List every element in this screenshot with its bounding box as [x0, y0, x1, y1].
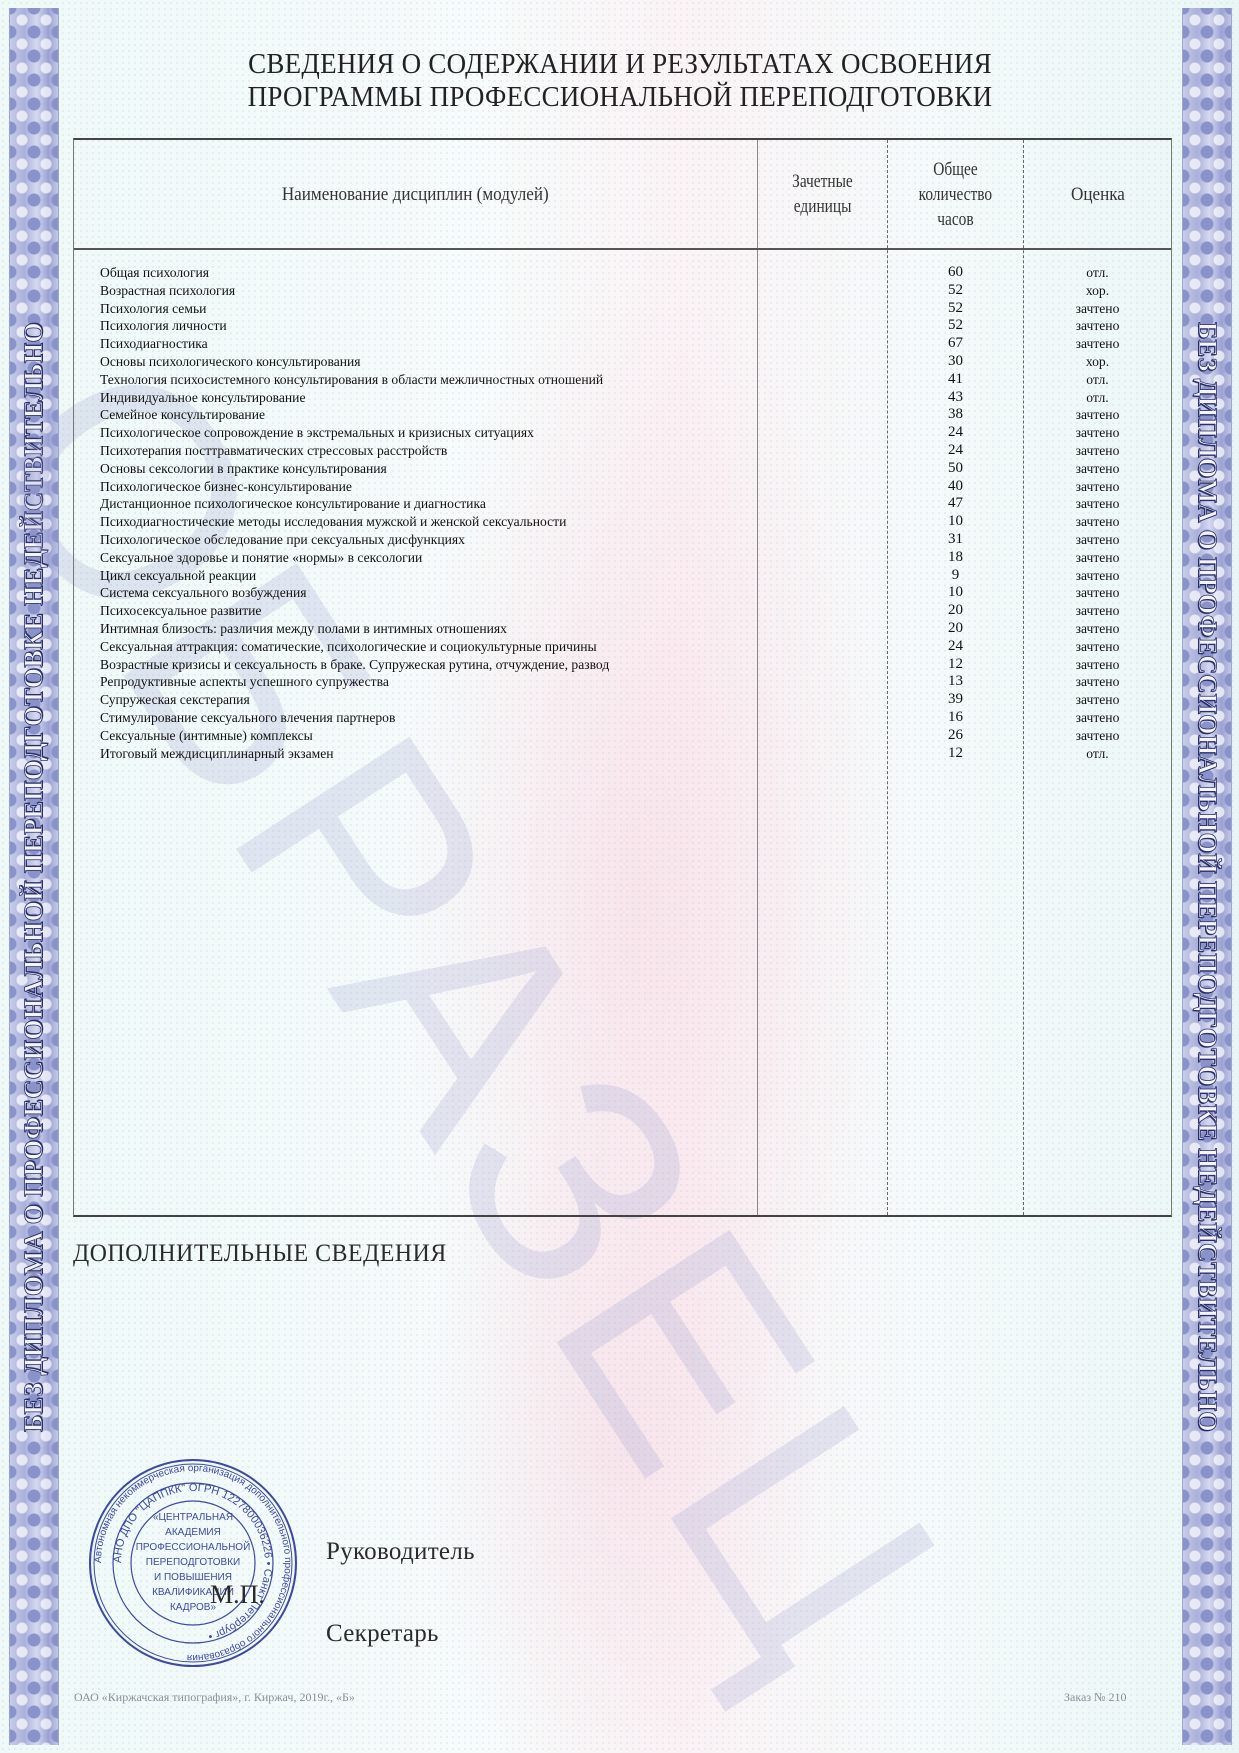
grade-cell: зачтено — [1024, 460, 1171, 478]
grade-cell: зачтено — [1024, 406, 1171, 424]
hours-cell: 60 — [888, 264, 1023, 282]
discipline-name: Возрастная психология — [100, 282, 235, 300]
discipline-name: Психотерапия посттравматических стрессов… — [100, 442, 447, 460]
table-row: Психотерапия посттравматических стрессов… — [74, 442, 1171, 460]
table-row: Основы психологического консультирования… — [74, 353, 1171, 371]
additional-info-heading: ДОПОЛНИТЕЛЬНЫЕ СВЕДЕНИЯ — [73, 1240, 466, 1268]
hours-cell: 24 — [888, 638, 1023, 656]
grade-cell: зачтено — [1024, 478, 1171, 496]
grade-cell: зачтено — [1024, 531, 1171, 549]
table-row: Психологическое бизнес-консультирование4… — [74, 478, 1171, 496]
svg-text:«ЦЕНТРАЛЬНАЯ: «ЦЕНТРАЛЬНАЯ — [153, 1512, 233, 1523]
table-row: Дистанционное психологическое консультир… — [74, 495, 1171, 513]
table-row: Психосексуальное развитие20зачтено — [74, 602, 1171, 620]
table-row: Семейное консультирование38зачтено — [74, 406, 1171, 424]
table-row: Психодиагностика67зачтено — [74, 335, 1171, 353]
table-row: Технология психосистемного консультирова… — [74, 371, 1171, 389]
hours-cell: 24 — [888, 442, 1023, 460]
secretary-signature-label: Секретарь — [326, 1620, 439, 1648]
grade-cell: зачтено — [1024, 656, 1171, 674]
right-border-text: БЕЗ ДИПЛОМА О ПРОФЕССИОНАЛЬНОЙ ПЕРЕПОДГО… — [1192, 321, 1222, 1431]
grade-cell: зачтено — [1024, 317, 1171, 335]
hours-cell: 18 — [888, 549, 1023, 567]
grade-cell: зачтено — [1024, 602, 1171, 620]
header-grade: Оценка — [1024, 140, 1171, 248]
discipline-name: Цикл сексуальной реакции — [100, 567, 256, 585]
seal-place-label: М.П. — [210, 1580, 265, 1610]
grade-cell: зачтено — [1024, 691, 1171, 709]
table-row: Возрастные кризисы и сексуальность в бра… — [74, 656, 1171, 674]
hours-cell: 41 — [888, 371, 1023, 389]
discipline-name: Психология семьи — [100, 300, 206, 318]
hours-cell: 10 — [888, 584, 1023, 602]
official-stamp: Автономная некоммерческая организация до… — [88, 1458, 298, 1668]
grade-cell: хор. — [1024, 353, 1171, 371]
discipline-name: Возрастные кризисы и сексуальность в бра… — [100, 656, 609, 674]
grade-cell: отл. — [1024, 371, 1171, 389]
discipline-name: Сексуальное здоровье и понятие «нормы» в… — [100, 549, 422, 567]
grade-cell: зачтено — [1024, 424, 1171, 442]
header-total-hours: Общееколичествочасов — [888, 140, 1023, 248]
table-row: Возрастная психология52хор. — [74, 282, 1171, 300]
grade-cell: зачтено — [1024, 513, 1171, 531]
discipline-name: Сексуальные (интимные) комплексы — [100, 727, 313, 745]
table-row: Общая психология60отл. — [74, 264, 1171, 282]
order-number: Заказ № 210 — [1064, 1690, 1127, 1705]
discipline-name: Психологическое сопровождение в экстрема… — [100, 424, 534, 442]
table-row: Репродуктивные аспекты успешного супруже… — [74, 673, 1171, 691]
table-row: Психологическое обследование при сексуал… — [74, 531, 1171, 549]
discipline-name: Интимная близость: различия между полами… — [100, 620, 507, 638]
hours-cell: 13 — [888, 673, 1023, 691]
discipline-name: Репродуктивные аспекты успешного супруже… — [100, 673, 389, 691]
hours-cell: 10 — [888, 513, 1023, 531]
table-row: Интимная близость: различия между полами… — [74, 620, 1171, 638]
hours-cell: 24 — [888, 424, 1023, 442]
discipline-name: Психосексуальное развитие — [100, 602, 261, 620]
grade-cell: хор. — [1024, 282, 1171, 300]
hours-cell: 16 — [888, 709, 1023, 727]
discipline-name: Общая психология — [100, 264, 209, 282]
header-discipline-name: Наименование дисциплин (модулей) — [74, 140, 757, 248]
hours-cell: 30 — [888, 353, 1023, 371]
table-row: Основы сексологии в практике консультиро… — [74, 460, 1171, 478]
discipline-name: Стимулирование сексуального влечения пар… — [100, 709, 395, 727]
grade-cell: отл. — [1024, 389, 1171, 407]
grade-cell: зачтено — [1024, 584, 1171, 602]
header-divider — [74, 248, 1171, 250]
table-body: Общая психология60отл.Возрастная психоло… — [74, 264, 1171, 762]
hours-cell: 47 — [888, 495, 1023, 513]
hours-cell: 26 — [888, 727, 1023, 745]
grade-cell: зачтено — [1024, 442, 1171, 460]
table-row: Индивидуальное консультирование43отл. — [74, 389, 1171, 407]
table-row: Сексуальная аттракция: соматические, пси… — [74, 638, 1171, 656]
hours-cell: 38 — [888, 406, 1023, 424]
hours-cell: 40 — [888, 478, 1023, 496]
right-decorative-border: БЕЗ ДИПЛОМА О ПРОФЕССИОНАЛЬНОЙ ПЕРЕПОДГО… — [1182, 8, 1232, 1745]
discipline-name: Основы сексологии в практике консультиро… — [100, 460, 387, 478]
left-border-text: БЕЗ ДИПЛОМА О ПРОФЕССИОНАЛЬНОЙ ПЕРЕПОДГО… — [19, 321, 49, 1431]
table-row: Стимулирование сексуального влечения пар… — [74, 709, 1171, 727]
discipline-name: Психологическое обследование при сексуал… — [100, 531, 465, 549]
discipline-name: Психология личности — [100, 317, 227, 335]
discipline-name: Дистанционное психологическое консультир… — [100, 495, 486, 513]
table-row: Психологическое сопровождение в экстрема… — [74, 424, 1171, 442]
svg-text:АКАДЕМИЯ: АКАДЕМИЯ — [165, 1527, 221, 1538]
hours-cell: 50 — [888, 460, 1023, 478]
table-row: Супружеская секстерапия39зачтено — [74, 691, 1171, 709]
table-row: Цикл сексуальной реакции9зачтено — [74, 567, 1171, 585]
discipline-name: Система сексуального возбуждения — [100, 584, 307, 602]
title-line-2: ПРОГРАММЫ ПРОФЕССИОНАЛЬНОЙ ПЕРЕПОДГОТОВК… — [155, 81, 1085, 114]
grade-cell: отл. — [1024, 264, 1171, 282]
hours-cell: 52 — [888, 300, 1023, 318]
table-row: Итоговый междисциплинарный экзамен12отл. — [74, 745, 1171, 763]
head-signature-label: Руководитель — [326, 1538, 475, 1566]
hours-cell: 12 — [888, 656, 1023, 674]
grade-cell: зачтено — [1024, 620, 1171, 638]
grade-cell: отл. — [1024, 745, 1171, 763]
hours-cell: 31 — [888, 531, 1023, 549]
table-row: Сексуальные (интимные) комплексы26зачтен… — [74, 727, 1171, 745]
hours-cell: 52 — [888, 282, 1023, 300]
discipline-name: Психодиагностика — [100, 335, 208, 353]
hours-cell: 20 — [888, 602, 1023, 620]
grade-cell: зачтено — [1024, 335, 1171, 353]
grade-cell: зачтено — [1024, 495, 1171, 513]
svg-text:ПРОФЕССИОНАЛЬНОЙ: ПРОФЕССИОНАЛЬНОЙ — [136, 1540, 251, 1553]
title-line-1: СВЕДЕНИЯ О СОДЕРЖАНИИ И РЕЗУЛЬТАТАХ ОСВО… — [155, 48, 1085, 81]
discipline-name: Психологическое бизнес-консультирование — [100, 478, 352, 496]
printer-imprint: ОАО «Киржачская типография», г. Киржач, … — [74, 1690, 355, 1705]
header-credits: Зачетныеединицы — [758, 140, 887, 248]
left-decorative-border: БЕЗ ДИПЛОМА О ПРОФЕССИОНАЛЬНОЙ ПЕРЕПОДГО… — [9, 8, 59, 1745]
grade-cell: зачтено — [1024, 673, 1171, 691]
table-row: Психология личности52зачтено — [74, 317, 1171, 335]
grade-cell: зачтено — [1024, 709, 1171, 727]
discipline-name: Индивидуальное консультирование — [100, 389, 306, 407]
discipline-name: Сексуальная аттракция: соматические, пси… — [100, 638, 597, 656]
grade-cell: зачтено — [1024, 300, 1171, 318]
page-title: СВЕДЕНИЯ О СОДЕРЖАНИИ И РЕЗУЛЬТАТАХ ОСВО… — [120, 48, 1120, 114]
grade-cell: зачтено — [1024, 567, 1171, 585]
table-row: Психодиагностические методы исследования… — [74, 513, 1171, 531]
discipline-name: Семейное консультирование — [100, 406, 265, 424]
table-row: Психология семьи52зачтено — [74, 300, 1171, 318]
hours-cell: 39 — [888, 691, 1023, 709]
hours-cell: 67 — [888, 335, 1023, 353]
svg-text:ПЕРЕПОДГОТОВКИ: ПЕРЕПОДГОТОВКИ — [146, 1557, 240, 1568]
disciplines-table: Наименование дисциплин (модулей) Зачетны… — [73, 138, 1172, 1217]
hours-cell: 43 — [888, 389, 1023, 407]
table-row: Система сексуального возбуждения10зачтен… — [74, 584, 1171, 602]
hours-cell: 20 — [888, 620, 1023, 638]
hours-cell: 9 — [888, 567, 1023, 585]
hours-cell: 12 — [888, 745, 1023, 763]
discipline-name: Психодиагностические методы исследования… — [100, 513, 566, 531]
discipline-name: Супружеская секстерапия — [100, 691, 250, 709]
grade-cell: зачтено — [1024, 549, 1171, 567]
table-row: Сексуальное здоровье и понятие «нормы» в… — [74, 549, 1171, 567]
grade-cell: зачтено — [1024, 638, 1171, 656]
discipline-name: Технология психосистемного консультирова… — [100, 371, 603, 389]
grade-cell: зачтено — [1024, 727, 1171, 745]
discipline-name: Итоговый междисциплинарный экзамен — [100, 745, 334, 763]
hours-cell: 52 — [888, 317, 1023, 335]
discipline-name: Основы психологического консультирования — [100, 353, 361, 371]
